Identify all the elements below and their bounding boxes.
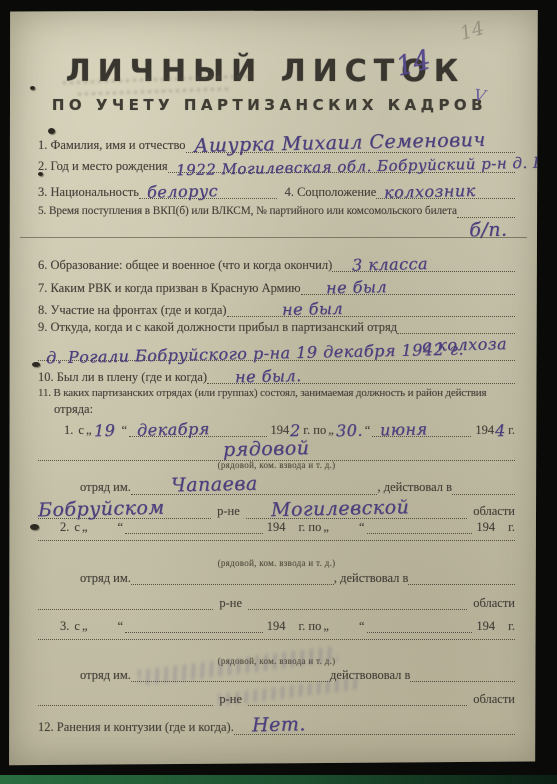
printed-text: “ [118, 619, 124, 633]
field-label: 9. Откуда, когда и с какой должности при… [38, 320, 397, 334]
printed-text: “ [365, 423, 371, 437]
printed-text: действововал в [330, 668, 410, 682]
ink-blot [30, 524, 39, 530]
fill-line: декабря [129, 418, 266, 437]
field-label: 8. Участие на фронтах (где и когда) [38, 303, 227, 317]
entry-index: 2. [60, 520, 69, 534]
scanned-document-page: { "colors": { "paper": "#c7c3ab", "ink":… [0, 0, 557, 784]
handwritten-value: б/п. [469, 220, 507, 222]
service-entry-1-position: рядовой [38, 438, 515, 461]
printed-text: „ [82, 520, 88, 534]
handwritten-value: 3 класса [332, 255, 428, 275]
fill-line: с колхоза [397, 333, 515, 334]
printed-text: 194 [267, 520, 286, 534]
field-label: 12. Ранения и контузии (где и когда). [38, 720, 234, 734]
printed-text: „ [323, 619, 329, 633]
fill-line: 3 класса [332, 253, 515, 272]
field-label: 6. Образование: общее и военное (что и к… [38, 258, 332, 272]
fill-line: б/п. [457, 217, 515, 218]
printed-text: с [74, 619, 80, 633]
printed-text: „ [328, 423, 334, 437]
printed-text: отряд им. [80, 480, 131, 494]
fill-line [367, 533, 473, 534]
printed-text: 194 [271, 423, 290, 437]
printed-text: р-не [219, 692, 242, 706]
service-entry-2-unit: отряд им. , действовал в [80, 571, 515, 585]
fill-line: 1922 Могилевская обл. Бобруйский р-н д. … [168, 155, 515, 173]
position-caption: (рядовой, ком. взвода и т. д.) [38, 460, 515, 470]
fill-line: рядовой [38, 438, 515, 461]
day-gap: 19 [94, 419, 120, 437]
printed-text: г. [508, 619, 515, 633]
field-label: 11. В каких партизанских отрядах (или гр… [38, 387, 486, 400]
service-entry-3-region: р-не области [38, 692, 515, 706]
printed-text: р-не [217, 504, 240, 518]
field-row-birth: 2. Год и место рождения 1922 Могилевская… [38, 155, 515, 173]
field-label: 10. Был ли в плену (где и когда) [38, 370, 207, 384]
handwritten-value: д. Рогали Бобруйского р-на 19 декабря 19… [38, 341, 464, 368]
printed-text: “ [359, 619, 365, 633]
fill-line [38, 609, 213, 610]
printed-text: с [78, 423, 84, 437]
field-row-fronts: 8. Участие на фронтах (где и когда) не б… [38, 298, 515, 317]
fill-line: Ашурка Михаил Семенович [186, 130, 515, 153]
handwritten-value: Нет. [234, 714, 306, 737]
printed-text: „ [86, 423, 92, 437]
handwritten-value: не был. [207, 367, 302, 387]
fill-line [248, 705, 467, 706]
printed-text: отряд им. [80, 668, 131, 682]
fill-line [131, 584, 334, 585]
field-row-party: 5. Время поступления в ВКП(б) или ВЛКСМ,… [38, 205, 515, 218]
handwritten-value: с колхоза [422, 335, 507, 338]
service-entry-3-unit: отряд им. действововал в [80, 668, 515, 682]
field-label: 4. Соцположение [285, 185, 377, 199]
fill-line [452, 494, 515, 495]
field-row-education: 6. Образование: общее и военное (что и к… [38, 253, 515, 272]
fill-line [38, 639, 515, 640]
form-title: ЛИЧНЫЙ ЛИСТОК [8, 54, 523, 89]
service-entry-1-unit: отряд им. Чапаева , действовал в [80, 472, 515, 495]
fill-line [38, 540, 515, 541]
printed-text: области [473, 692, 515, 706]
field-row-units-header: 11. В каких партизанских отрядах (или гр… [38, 387, 515, 400]
fill-line [408, 584, 515, 585]
page-number-pencil: 14 [457, 17, 486, 45]
fill-line: не был [301, 276, 515, 295]
field-label: 2. Год и место рождения [38, 159, 168, 173]
printed-text: г. по [303, 423, 326, 437]
fill-line: Чапаева [131, 472, 378, 495]
fill-line: не был. [207, 365, 515, 384]
printed-text: „ [323, 520, 329, 534]
printed-text: „ [82, 619, 88, 633]
field-label: 1. Фамилия, имя и отчество [38, 138, 186, 152]
form-paper-sheet: 14 ЛИЧНЫЙ ЛИСТОК 14 ПО УЧЕТУ ПАРТИЗАНСКИ… [8, 10, 541, 766]
scanner-edge-strip [0, 775, 557, 784]
printed-text: 194 [476, 619, 495, 633]
service-entry-3-position [38, 639, 515, 640]
form-subtitle: ПО УЧЕТУ ПАРТИЗАНСКИХ КАДРОВ [8, 96, 531, 114]
fill-line: не был [227, 298, 515, 317]
printed-text: отряд им. [80, 571, 131, 585]
section-divider [20, 237, 527, 238]
handwritten-value: 1922 Могилевская обл. Бобруйский р-н д. … [168, 154, 557, 180]
field-row-surname: 1. Фамилия, имя и отчество Ашурка Михаил… [38, 130, 515, 153]
field-row-wounds: 12. Ранения и контузии (где и когда). Не… [38, 712, 515, 735]
paper-hole [30, 86, 35, 90]
fill-line [248, 609, 467, 610]
service-entry-1-caption: (рядовой, ком. взвода и т. д.) [38, 460, 515, 470]
service-entry-2-dates: 2. с „ “ 194 г. по „ “ 194 г. [60, 520, 515, 534]
fill-line: Могилевской [246, 496, 467, 519]
printed-text: 194 [267, 619, 286, 633]
entry-index: 1. [64, 423, 73, 437]
printed-text: г. [508, 423, 515, 437]
service-entry-2-caption: (рядовой, ком. взвода и т. д.) [38, 558, 515, 568]
fill-line [410, 681, 515, 682]
printed-text: области [473, 504, 515, 518]
printed-text: области [473, 596, 515, 610]
field-row-arrival: 9. Откуда, когда и с какой должности при… [38, 320, 515, 334]
fill-line: д. Рогали Бобруйского р-на 19 декабря 19… [38, 342, 515, 361]
handwritten-value: Ашурка Михаил Семенович [185, 130, 485, 158]
handwritten-district: Бобруйском [38, 498, 165, 522]
printed-text: , действовал в [334, 571, 409, 585]
field-label: 3. Национальность [38, 185, 139, 199]
field-row-arrival-line2: д. Рогали Бобруйского р-на 19 декабря 19… [38, 342, 515, 361]
printed-text: , действовал в [377, 480, 452, 494]
fill-line [131, 681, 330, 682]
printed-text: “ [122, 423, 128, 437]
printed-text: г. по [298, 619, 321, 633]
printed-text: 194 [476, 520, 495, 534]
field-row-rvk: 7. Каким РВК и когда призван в Красную А… [38, 276, 515, 295]
handwritten-value: не был [226, 300, 342, 321]
service-entry-2-region: р-не области [38, 596, 515, 610]
handwritten-value: белорус [139, 182, 218, 202]
field-label: 7. Каким РВК и когда призван в Красную А… [38, 281, 301, 295]
fill-line [38, 705, 213, 706]
fill-line: Нет. [234, 712, 515, 735]
printed-text: г. по [298, 520, 321, 534]
printed-text: р-не [219, 596, 242, 610]
printed-text: “ [118, 520, 124, 534]
entry-index: 3. [60, 619, 69, 633]
printed-text: г. [508, 520, 515, 534]
service-entry-3-dates: 3. с „ “ 194 г. по „ “ 194 г. [60, 619, 515, 633]
handwritten-unit-name: Чапаева [131, 474, 258, 498]
fill-line [125, 632, 263, 633]
service-entry-1-dates: 1. с „ 19 “ декабря 194 2 г. по „ 30. “ … [64, 418, 515, 437]
checkmark-annotation: V [473, 85, 487, 106]
printed-text: 194 [475, 423, 494, 437]
fill-line [125, 533, 263, 534]
printed-text: “ [359, 520, 365, 534]
service-entry-2-position [38, 540, 515, 541]
field-row-units-header2: отряда: [54, 402, 515, 416]
printed-text: с [74, 520, 80, 534]
handwritten-region: Могилевской [246, 497, 410, 522]
fill-line: Бобруйском [38, 496, 211, 519]
day-gap: 30. [336, 419, 363, 437]
fill-line: июня [372, 418, 471, 437]
field-row-captivity: 10. Был ли в плену (где и когда) не был. [38, 365, 515, 384]
field-label: отряда: [54, 402, 93, 416]
field-row-nationality: 3. Национальность белорус 4. Соцположени… [38, 180, 515, 199]
service-entry-1-region: Бобруйском р-не Могилевской области [38, 496, 515, 519]
field-label: 5. Время поступления в ВКП(б) или ВЛКСМ,… [38, 205, 457, 218]
handwritten-value: колхозник [376, 182, 476, 202]
fill-line: белорус [139, 180, 277, 199]
fill-line: колхозник [376, 180, 515, 199]
fill-line [367, 632, 473, 633]
handwritten-value: не был [300, 278, 386, 298]
position-caption: (рядовой, ком. взвода и т. д.) [38, 558, 515, 568]
